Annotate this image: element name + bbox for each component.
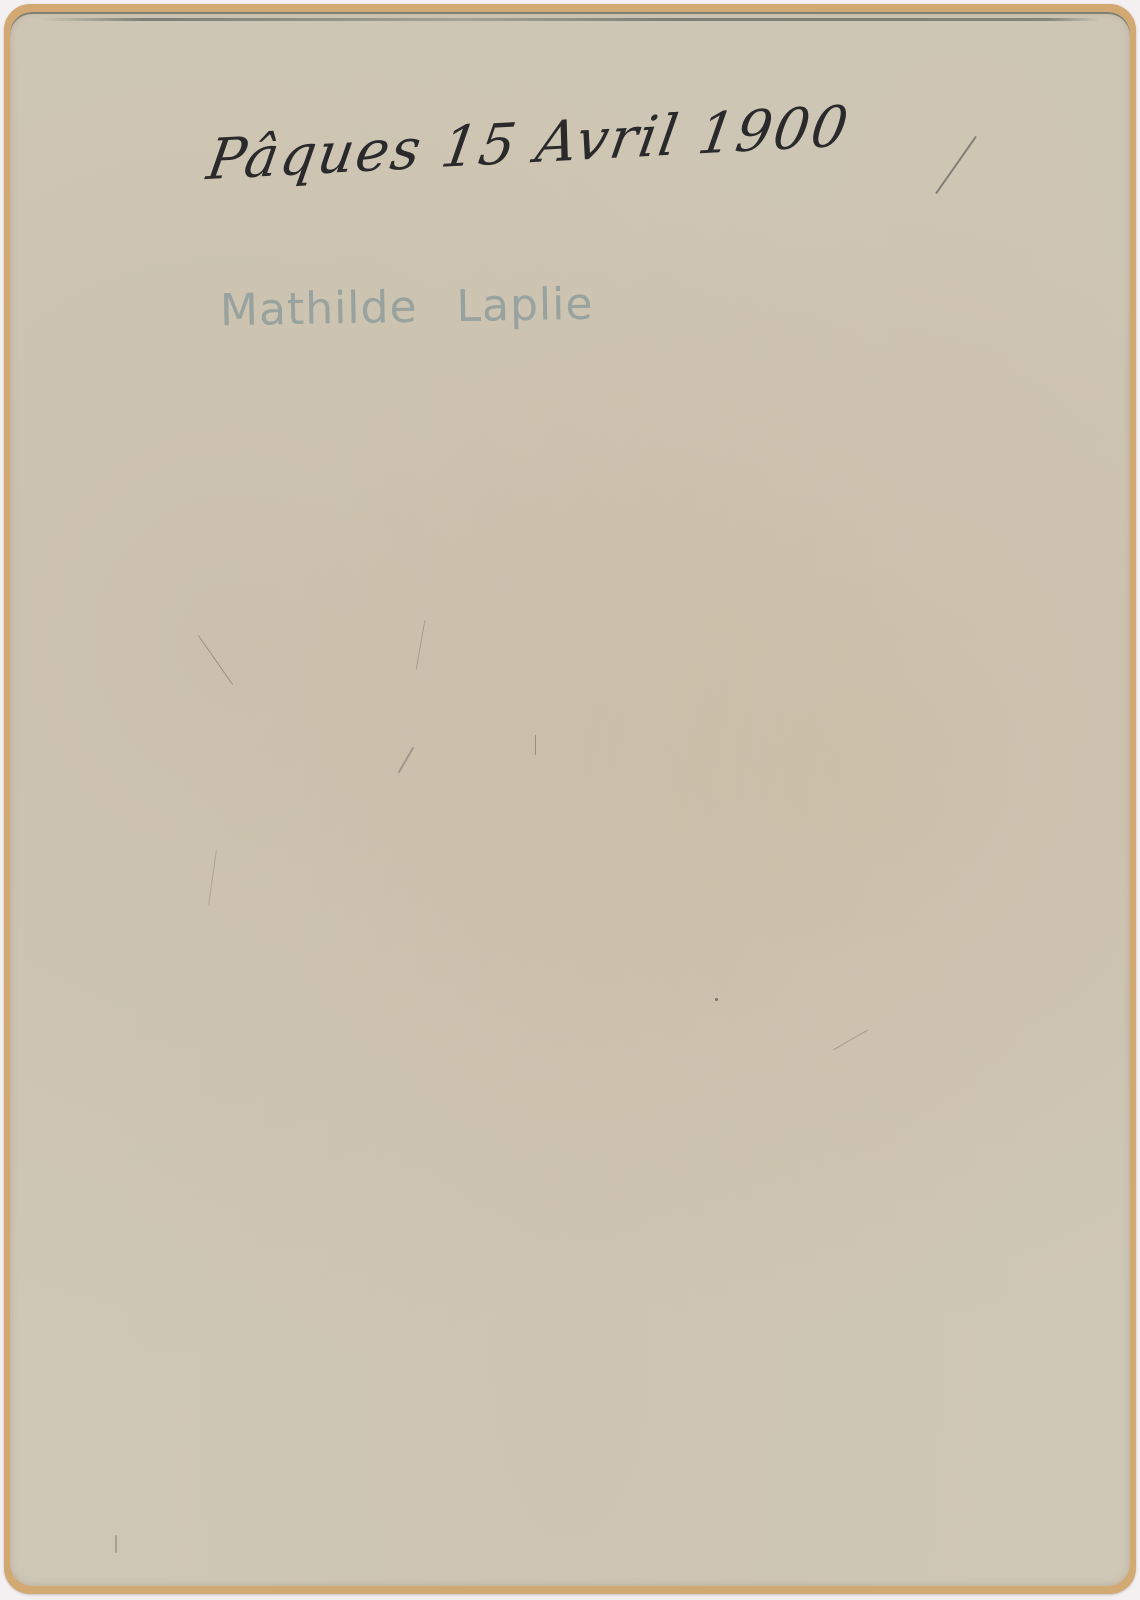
pencil-inscription-name: Mathilde Laplie [220,279,594,337]
cabinet-card [4,4,1136,1594]
card-face [10,12,1130,1586]
scratch-mark [115,1535,117,1553]
dot-mark [715,998,718,1001]
top-edge-wear [40,18,1100,21]
scanned-card-back: Pâques 15 Avril 1900 Mathilde Laplie [0,0,1140,1600]
scratch-mark [535,735,536,755]
